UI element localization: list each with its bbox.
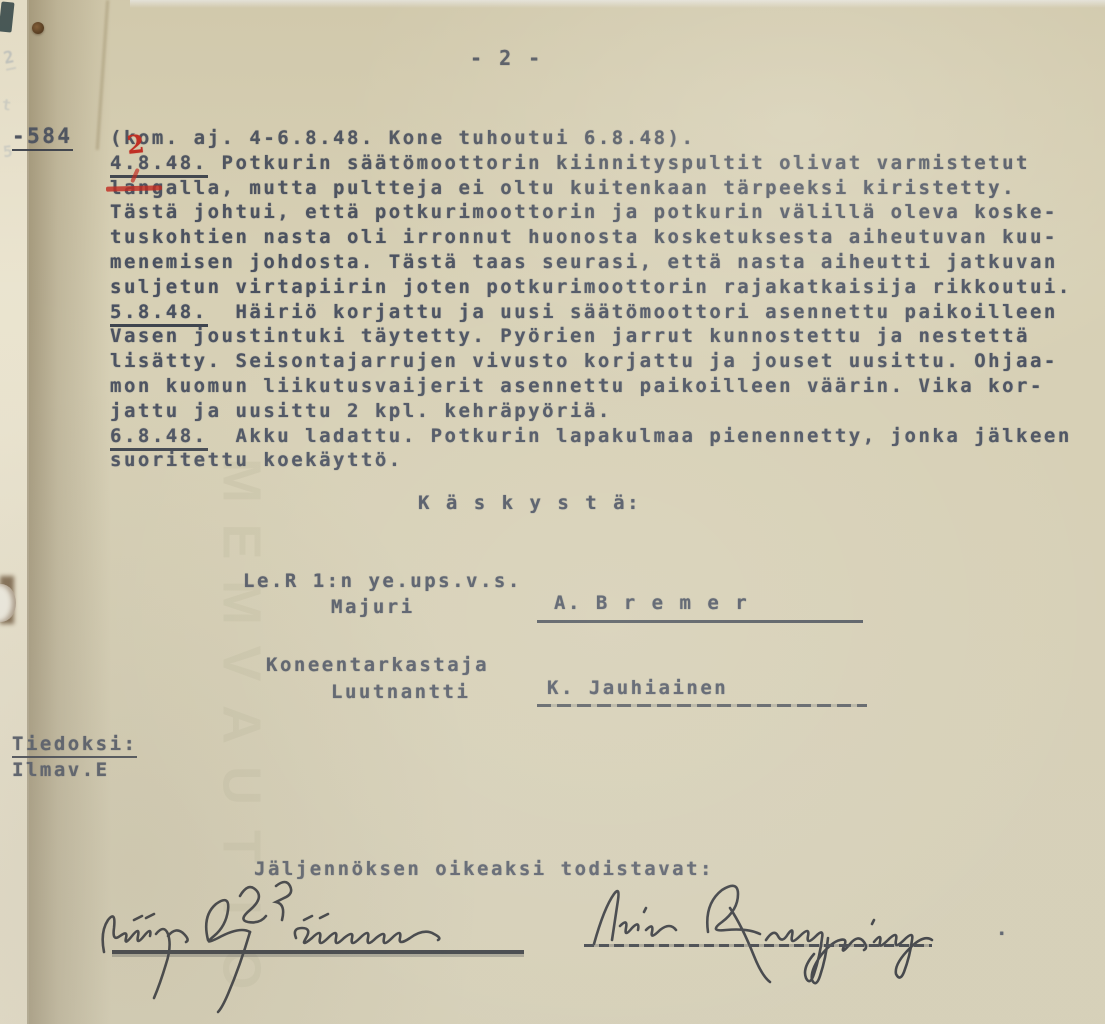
signature-right-period: . — [996, 918, 1010, 940]
log-line: Vasen joustintuki täytetty. Pyörien jarr… — [110, 324, 1072, 349]
log-line: Tästä johtui, että potkurimoottorin ja p… — [110, 200, 1072, 225]
signatory1-rank: Majuri — [331, 596, 415, 618]
margin-reference-number: -584 — [12, 124, 73, 151]
red-correction-digit: 2 — [126, 129, 146, 160]
page-crease — [96, 0, 109, 150]
log-line: suoritettu koekäyttö. — [110, 448, 1072, 473]
signatory1-unit: Le.R 1:n ye.ups.v.s. — [243, 570, 522, 592]
watermark-letter: E — [210, 507, 271, 577]
log-line: mon kuomun liikutusvaijerit asennettu pa… — [110, 374, 1072, 399]
log-line: lisätty. Seisontajarrujen vivusto korjat… — [110, 349, 1072, 374]
handwritten-signature-left — [90, 876, 550, 1016]
log-line: 6.8.48. Akku ladattu. Potkurin lapakulma… — [110, 424, 1072, 449]
ghost-mark: 2 — [2, 47, 17, 71]
watermark-letter: V — [210, 629, 271, 699]
signatory1-name: A. B r e m e r — [554, 592, 749, 614]
signature-line-dashed — [537, 704, 867, 707]
log-text-block: (kom. aj. 4-6.8.48. Kone tuhoutui 6.8.48… — [110, 126, 1072, 473]
log-line: tuskohtien nasta oli irronnut huonosta k… — [110, 225, 1072, 250]
log-line: langalla, mutta pultteja ei oltu kuitenk… — [110, 176, 1072, 201]
previous-page-edge: 2 t 5 — [0, 0, 29, 1024]
signature-underline-left — [112, 950, 524, 954]
order-heading: K ä s k y s t ä: — [418, 492, 641, 514]
log-line: suljetun virtapiirin joten potkurimootto… — [110, 275, 1072, 300]
watermark-letter: A — [210, 690, 271, 760]
log-line: (kom. aj. 4-6.8.48. Kone tuhoutui 6.8.48… — [110, 126, 1072, 151]
distribution-recipient: Ilmav.E — [12, 759, 110, 781]
ghost-mark: t — [1, 95, 12, 114]
handwritten-signature-right — [580, 878, 1010, 1008]
log-line: jattu ja uusittu 2 kpl. kehräpyöriä. — [110, 399, 1072, 424]
log-line: 4.8.48. Potkurin säätömoottorin kiinnity… — [110, 151, 1072, 176]
signature-underline-right — [584, 944, 932, 947]
distribution-label: Tiedoksi: — [12, 733, 137, 758]
signatory2-role: Koneentarkastaja — [266, 654, 489, 676]
signatory2-name: K. Jauhiainen — [547, 677, 728, 699]
signature-line — [537, 620, 863, 623]
page-number: - 2 - — [470, 46, 543, 70]
watermark-letter: U — [210, 751, 271, 821]
log-line: 5.8.48. Häiriö korjattu ja uusi säätömoo… — [110, 300, 1072, 325]
scanned-document-page: 2 t 5 M E M V A U T I O - 2 - -584 (kom.… — [0, 0, 1105, 1024]
spine-shadow — [29, 0, 111, 1024]
scan-top-edge — [130, 0, 1105, 8]
staple-icon — [32, 22, 44, 34]
log-line: menemisen johdosta. Tästä taas seurasi, … — [110, 250, 1072, 275]
signatory2-rank: Luutnantti — [331, 681, 470, 703]
